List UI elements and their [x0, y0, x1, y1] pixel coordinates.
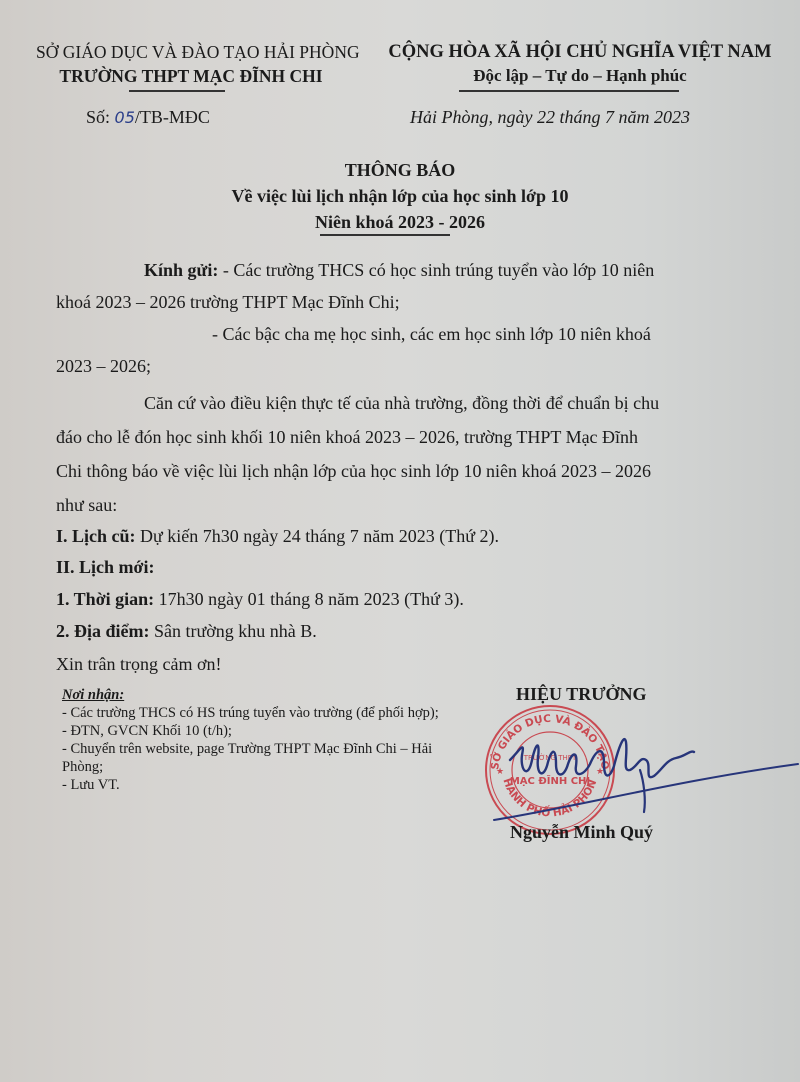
recipient-item: - Lưu VT.: [62, 776, 442, 794]
body-line-3: Chi thông báo về việc lùi lịch nhận lớp …: [56, 459, 651, 483]
recipient-item: - ĐTN, GVCN Khối 10 (t/h);: [62, 722, 442, 740]
recipient-item: - Các trường THCS có HS trúng tuyển vào …: [62, 704, 442, 722]
new-time: 1. Thời gian: 17h30 ngày 01 tháng 8 năm …: [56, 587, 464, 611]
new-place-value: Sân trường khu nhà B.: [150, 621, 317, 641]
addressee-line-3: - Các bậc cha mẹ học sinh, các em học si…: [212, 322, 651, 346]
header-left: SỞ GIÁO DỤC VÀ ĐÀO TẠO HẢI PHÒNG TRƯỜNG …: [36, 40, 346, 88]
national-title: CỘNG HÒA XÃ HỘI CHỦ NGHĨA VIỆT NAM: [380, 40, 780, 64]
old-schedule-value: Dự kiến 7h30 ngày 24 tháng 7 năm 2023 (T…: [136, 526, 499, 546]
header-right: CỘNG HÒA XÃ HỘI CHỦ NGHĨA VIỆT NAM Độc l…: [380, 40, 780, 88]
doc-number-prefix: Số:: [86, 107, 115, 127]
old-schedule: I. Lịch cũ: Dự kiến 7h30 ngày 24 tháng 7…: [56, 524, 499, 548]
recipients-block: Nơi nhận: - Các trường THCS có HS trúng …: [62, 686, 442, 794]
addressee-line-2: khoá 2023 – 2026 trường THPT Mạc Đĩnh Ch…: [56, 290, 400, 314]
addressee-line-4: 2023 – 2026;: [56, 354, 151, 378]
new-place-label: 2. Địa điểm:: [56, 621, 150, 641]
place-date: Hải Phòng, ngày 22 tháng 7 năm 2023: [410, 107, 690, 128]
closing-text: Xin trân trọng cảm ơn!: [56, 652, 221, 676]
document-subject: Về việc lùi lịch nhận lớp của học sinh l…: [0, 186, 800, 207]
recipient-item: - Chuyển trên website, page Trường THPT …: [62, 740, 442, 776]
title-underline: [320, 234, 450, 236]
doc-number-suffix: /TB-MĐC: [135, 107, 210, 127]
doc-number-handwritten: 05: [115, 108, 135, 127]
school-year: Niên khoá 2023 - 2026: [0, 212, 800, 233]
old-schedule-label: I. Lịch cũ:: [56, 526, 136, 546]
body-line-1: Căn cứ vào điều kiện thực tế của nhà trư…: [144, 391, 659, 415]
department-name: SỞ GIÁO DỤC VÀ ĐÀO TẠO HẢI PHÒNG: [36, 40, 346, 64]
signature-icon: [480, 720, 800, 830]
header-right-underline: [459, 90, 679, 92]
school-name: TRƯỜNG THPT MẠC ĐĨNH CHI: [36, 64, 346, 88]
addressee-text: - Các trường THCS có học sinh trúng tuyể…: [218, 260, 654, 280]
document-title: THÔNG BÁO: [0, 160, 800, 181]
body-line-4: như sau:: [56, 493, 117, 517]
addressee-label: Kính gửi:: [144, 260, 218, 280]
body-line-2: đáo cho lễ đón học sinh khối 10 niên kho…: [56, 425, 638, 449]
new-schedule-heading: II. Lịch mới:: [56, 555, 154, 579]
recipients-heading: Nơi nhận:: [62, 686, 442, 704]
new-time-label: 1. Thời gian:: [56, 589, 154, 609]
signer-name: Nguyễn Minh Quý: [510, 822, 653, 843]
document-number: Số: 05/TB-MĐC: [86, 107, 210, 128]
national-motto: Độc lập – Tự do – Hạnh phúc: [380, 64, 780, 88]
new-place: 2. Địa điểm: Sân trường khu nhà B.: [56, 619, 317, 643]
header-left-underline: [129, 90, 225, 92]
addressee-line-1: Kính gửi: - Các trường THCS có học sinh …: [144, 258, 654, 282]
new-time-value: 17h30 ngày 01 tháng 8 năm 2023 (Thứ 3).: [154, 589, 464, 609]
